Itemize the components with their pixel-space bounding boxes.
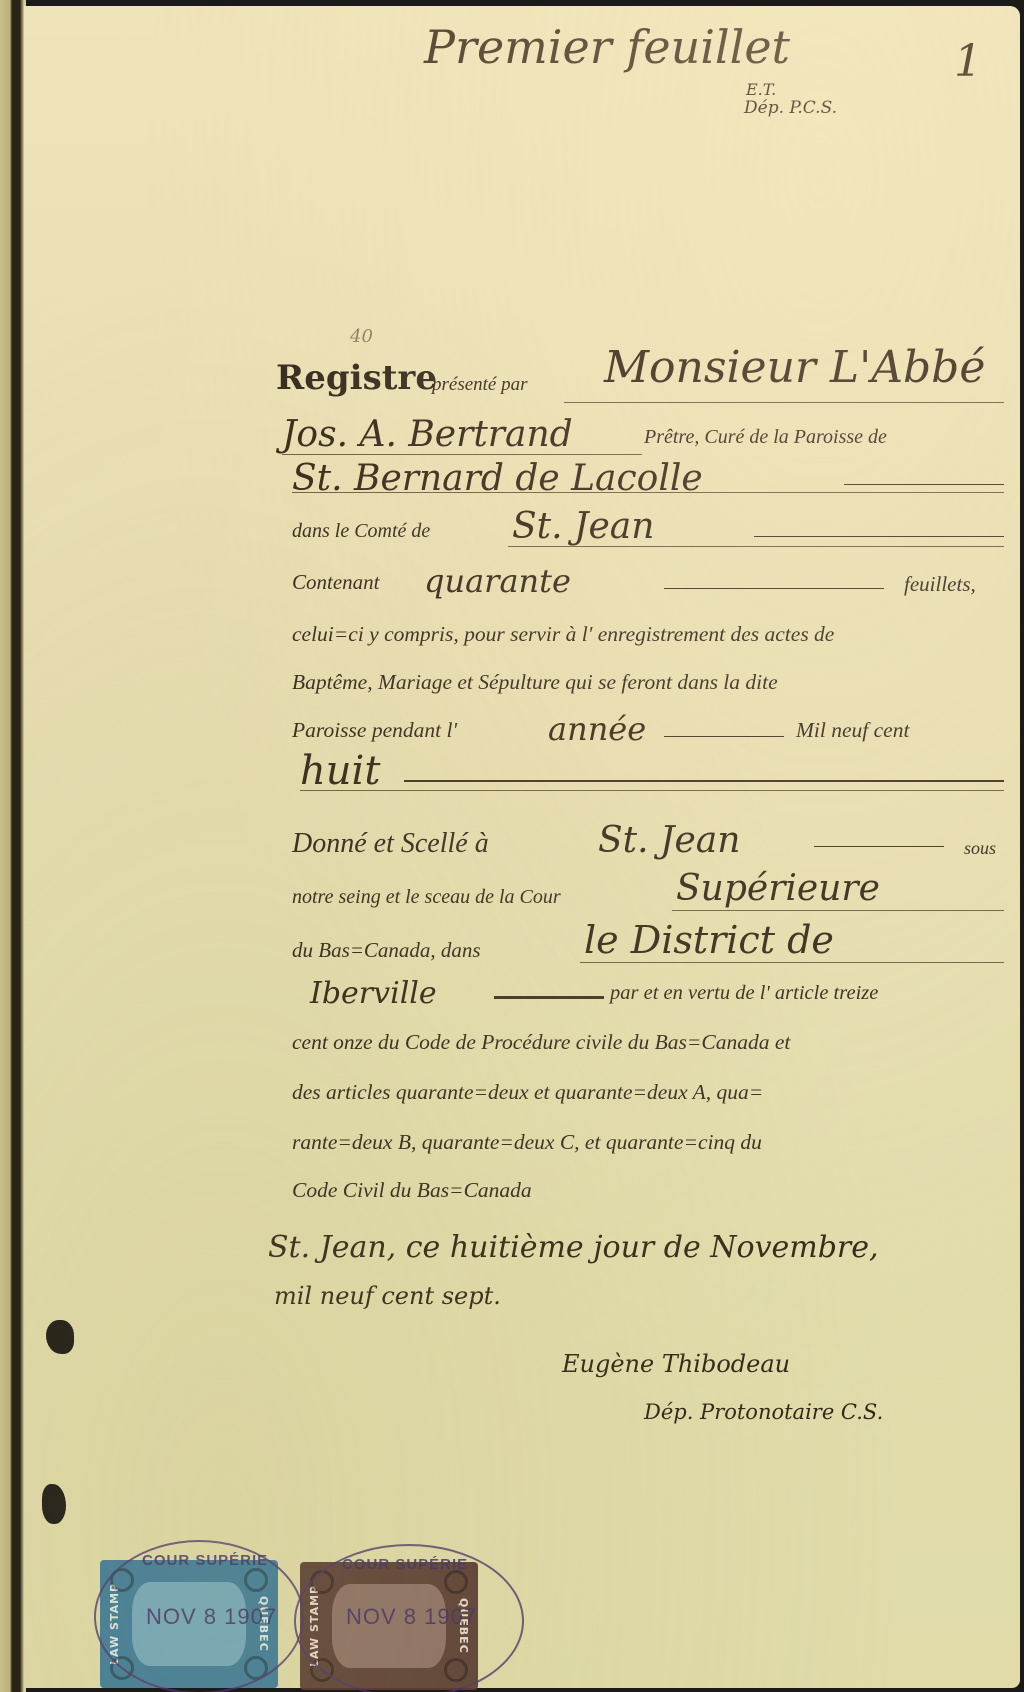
cancellation-text: COUR SUPÉRIE bbox=[142, 1552, 268, 1569]
printed-text: du Bas=Canada, dans bbox=[292, 938, 481, 963]
printed-text: celui=ci y compris, pour servir à l' enr… bbox=[292, 622, 834, 647]
underline bbox=[672, 910, 1004, 911]
filled-district-label: le District de bbox=[584, 918, 834, 962]
fill-dash bbox=[494, 996, 604, 999]
printed-text: Paroisse pendant l' bbox=[292, 718, 457, 743]
filled-court: Supérieure bbox=[676, 868, 880, 909]
printed-text: cent onze du Code de Procédure civile du… bbox=[292, 1030, 790, 1055]
printed-text: Code Civil du Bas=Canada bbox=[292, 1178, 532, 1203]
printed-text: Prêtre, Curé de la Paroisse de bbox=[644, 426, 887, 449]
register-page: Premier feuillet 1 E.T. Dép. P.C.S. 40 R… bbox=[24, 6, 1020, 1688]
signature-name: Eugène Thibodeau bbox=[562, 1350, 790, 1378]
printed-text: Mil neuf cent bbox=[796, 718, 909, 743]
page-title: Premier feuillet bbox=[424, 20, 790, 74]
fill-dash bbox=[664, 588, 884, 589]
printed-text: sous bbox=[964, 838, 996, 859]
cancellation-date: NOV 8 1907 bbox=[146, 1604, 277, 1630]
fill-dash bbox=[754, 536, 1004, 537]
filled-year: huit bbox=[300, 748, 380, 794]
printed-text: Contenant bbox=[292, 570, 380, 595]
filled-place: St. Jean bbox=[598, 820, 740, 861]
underline bbox=[300, 790, 1004, 791]
underline bbox=[580, 962, 1004, 963]
underline bbox=[564, 402, 1004, 403]
fill-dash bbox=[404, 780, 1004, 782]
printed-text: Donné et Scellé à bbox=[292, 828, 489, 860]
underline bbox=[292, 492, 1004, 493]
filled-district: Iberville bbox=[310, 976, 437, 1011]
printed-text: présenté par bbox=[432, 374, 528, 396]
initials: E.T. bbox=[746, 80, 776, 99]
printed-text: rante=deux B, quarante=deux C, et quaran… bbox=[292, 1130, 762, 1155]
fill-dash bbox=[664, 736, 784, 737]
cancellation-date: NOV 8 1907 bbox=[346, 1604, 477, 1630]
printed-text: feuillets, bbox=[904, 572, 976, 597]
book-binding bbox=[0, 0, 26, 1692]
filled-presenter-title: Monsieur L'Abbé bbox=[604, 342, 985, 393]
registre-heading: Registre bbox=[276, 358, 437, 398]
signature-title: Dép. Protonotaire C.S. bbox=[644, 1400, 883, 1424]
fill-dash bbox=[844, 484, 1004, 485]
printed-text: dans le Comté de bbox=[292, 520, 430, 543]
dateline-line-1: St. Jean, ce huitième jour de Novembre, bbox=[268, 1230, 879, 1265]
filled-year-label: année bbox=[548, 710, 646, 748]
printed-text: par et en vertu de l' article treize bbox=[610, 982, 878, 1005]
printed-text: des articles quarante=deux et quarante=d… bbox=[292, 1080, 763, 1105]
underline bbox=[282, 454, 642, 455]
underline bbox=[508, 546, 1004, 547]
printed-text: notre seing et le sceau de la Cour bbox=[292, 886, 561, 909]
fill-dash bbox=[814, 846, 944, 847]
filled-presenter-name: Jos. A. Bertrand bbox=[282, 414, 573, 455]
cancellation-text: COUR SUPÉRIE bbox=[342, 1556, 468, 1573]
filled-leaf-count: quarante bbox=[424, 562, 571, 600]
punch-hole bbox=[46, 1320, 74, 1354]
punch-hole bbox=[42, 1484, 66, 1524]
dateline-line-2: mil neuf cent sept. bbox=[274, 1282, 501, 1310]
printed-text: Baptême, Mariage et Sépulture qui se fer… bbox=[292, 670, 778, 695]
initials-title: Dép. P.C.S. bbox=[744, 98, 837, 118]
page-number: 1 bbox=[954, 36, 982, 87]
pencil-number: 40 bbox=[350, 326, 373, 347]
filled-county: St. Jean bbox=[512, 506, 654, 547]
